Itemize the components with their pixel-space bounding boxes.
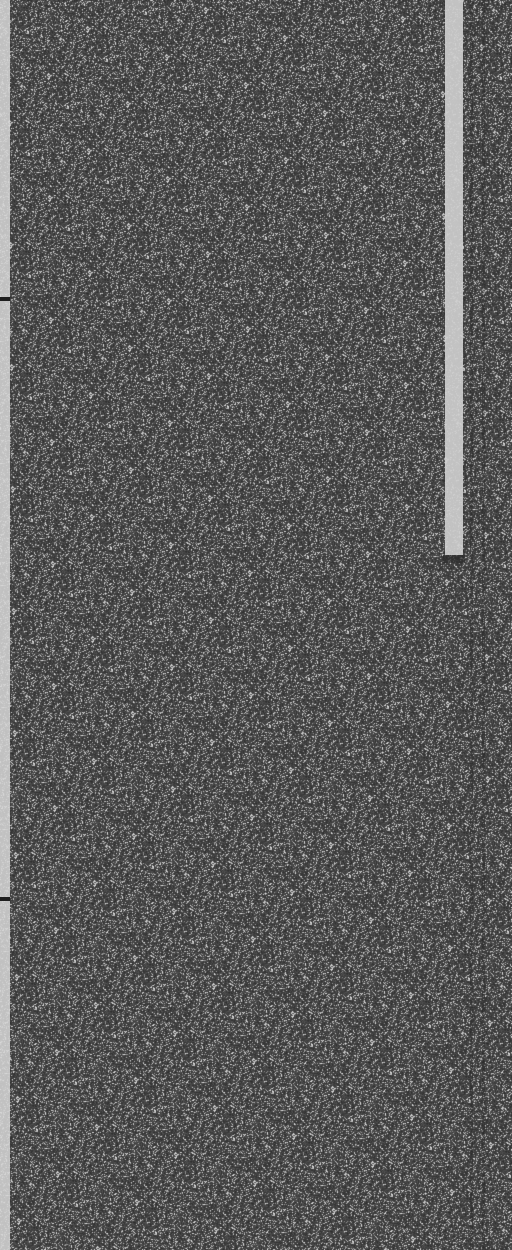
left-edge-line <box>0 0 10 1250</box>
lane-stripe-segment <box>445 0 463 555</box>
edge-line-gap <box>0 897 10 901</box>
road-groove <box>470 0 473 1250</box>
edge-line-gap <box>0 297 10 301</box>
asphalt-texture <box>0 0 512 1250</box>
asphalt-road-scene <box>0 0 512 1250</box>
road-groove <box>482 0 485 1250</box>
lane-stripe-end <box>443 555 465 563</box>
